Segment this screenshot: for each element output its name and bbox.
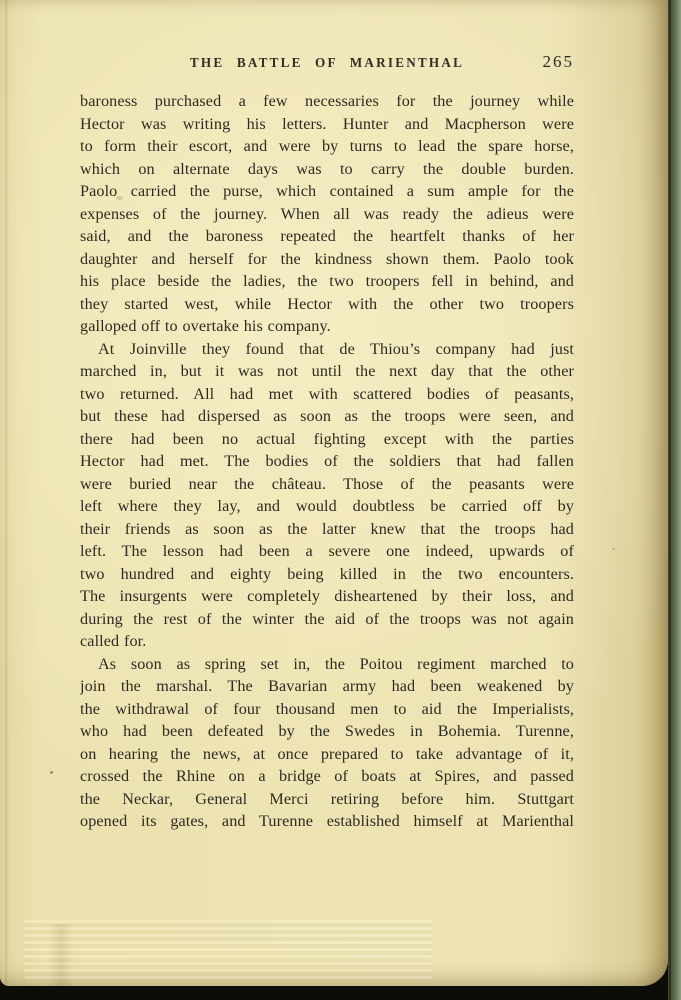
text-line: baroness purchased a few necessaries for…: [80, 90, 574, 113]
text-line: Hector had met. The bodies of the soldie…: [80, 450, 574, 473]
text-line: galloped off to overtake his company.: [80, 315, 574, 338]
text-line: marched in, but it was not until the nex…: [80, 360, 574, 383]
text-line: The insurgents were completely dishearte…: [80, 585, 574, 608]
running-head: THE BATTLE OF MARIENTHAL 265: [80, 55, 574, 77]
text-line: during the rest of the winter the aid of…: [80, 608, 574, 631]
text-line: the withdrawal of four thousand men to a…: [80, 698, 574, 721]
paper-speck: [612, 548, 615, 550]
text-line: they started west, while Hector with the…: [80, 293, 574, 316]
book-fore-edge-shadow: [669, 0, 671, 1000]
text-line: expenses of the journey. When all was re…: [80, 203, 574, 226]
text-line: were buried near the château. Those of t…: [80, 473, 574, 496]
book-page-scan: THE BATTLE OF MARIENTHAL 265 baroness pu…: [0, 0, 681, 1000]
text-line: on hearing the news, at once prepared to…: [80, 743, 574, 766]
text-line: daughter and herself for the kindness sh…: [80, 248, 574, 271]
text-line: their friends as soon as the latter knew…: [80, 518, 574, 541]
paragraph-1: baroness purchased a few necessaries for…: [80, 90, 574, 338]
text-line: Paolo carried the purse, which contained…: [80, 180, 574, 203]
text-line: there had been no actual fighting except…: [80, 428, 574, 451]
text-line: As soon as spring set in, the Poitou reg…: [80, 653, 574, 676]
page-number: 265: [543, 52, 575, 72]
body-text: baroness purchased a few necessaries for…: [80, 90, 574, 833]
text-line: left. The lesson had been a severe one i…: [80, 540, 574, 563]
text-line: but these had dispersed as soon as the t…: [80, 405, 574, 428]
text-line: said, and the baroness repeated the hear…: [80, 225, 574, 248]
text-line: left where they lay, and would doubtless…: [80, 495, 574, 518]
text-line: opened its gates, and Turenne establishe…: [80, 810, 574, 833]
paragraph-3: As soon as spring set in, the Poitou reg…: [80, 653, 574, 833]
text-line: At Joinville they found that de Thiou’s …: [80, 338, 574, 361]
page-stack-edges: [24, 920, 432, 982]
text-line: two returned. All had met with scattered…: [80, 383, 574, 406]
paragraph-2: At Joinville they found that de Thiou’s …: [80, 338, 574, 653]
text-line: which on alternate days was to carry the…: [80, 158, 574, 181]
text-line: his place beside the ladies, the two tro…: [80, 270, 574, 293]
text-line: to form their escort, and were by turns …: [80, 135, 574, 158]
page-crease-left: [5, 0, 9, 986]
text-line: two hundred and eighty being killed in t…: [80, 563, 574, 586]
text-line: called for.: [80, 630, 574, 653]
text-line: who had been defeated by the Swedes in B…: [80, 720, 574, 743]
paper-speck: [50, 771, 53, 774]
text-line: the Neckar, General Merci retiring befor…: [80, 788, 574, 811]
chapter-running-title: THE BATTLE OF MARIENTHAL: [80, 55, 574, 71]
text-line: join the marshal. The Bavarian army had …: [80, 675, 574, 698]
paper-page: THE BATTLE OF MARIENTHAL 265 baroness pu…: [0, 0, 668, 986]
text-line: crossed the Rhine on a bridge of boats a…: [80, 765, 574, 788]
text-line: Hector was writing his letters. Hunter a…: [80, 113, 574, 136]
